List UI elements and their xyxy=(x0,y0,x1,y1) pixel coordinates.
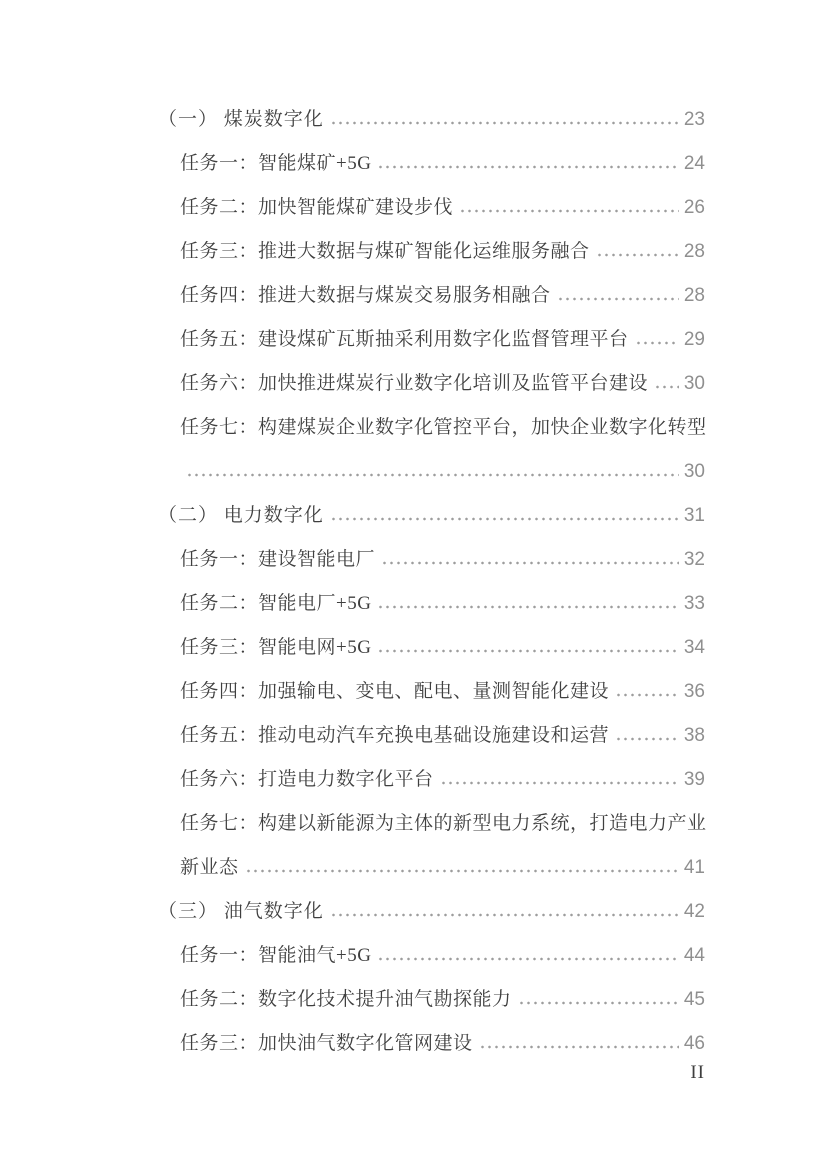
toc-entry[interactable]: 任务六：加快推进煤炭行业数字化培训及监管平台建设 30 xyxy=(158,362,705,406)
toc-leader-dots xyxy=(557,296,679,301)
toc-entry[interactable]: 任务五：建设煤矿瓦斯抽采利用数字化监督管理平台 29 xyxy=(158,318,705,362)
toc-leader-dots xyxy=(596,252,679,257)
toc-entry-label: 任务三：智能电网+5G xyxy=(180,626,371,670)
toc-page-number: 42 xyxy=(681,890,705,934)
toc-entry[interactable]: 任务七：构建煤炭企业数字化管控平台，加快企业数字化转型 xyxy=(158,406,705,450)
toc-leader-dots xyxy=(479,1044,679,1049)
toc-page-number: 24 xyxy=(681,142,705,186)
toc-page-number: 39 xyxy=(681,758,705,802)
toc-entry-label: （一） 煤炭数字化 xyxy=(158,98,324,142)
toc-leader-dots xyxy=(377,648,678,653)
toc-entry[interactable]: 任务三：推进大数据与煤矿智能化运维服务融合 28 xyxy=(158,230,705,274)
document-page: （一） 煤炭数字化 23 任务一：智能煤矿+5G 24 任务二：加快智能煤矿建设… xyxy=(0,0,826,1169)
toc-page-number: 29 xyxy=(681,318,705,362)
toc-entry-label: 任务一：智能煤矿+5G xyxy=(180,142,371,186)
toc-entry-label: 任务四：推进大数据与煤炭交易服务相融合 xyxy=(180,274,551,318)
toc-leader-dots xyxy=(381,560,679,565)
toc-page-number: 36 xyxy=(681,670,705,714)
toc-leader-dots xyxy=(377,604,678,609)
toc-page-number: 30 xyxy=(681,362,705,406)
toc-entry-label: 任务七：构建以新能源为主体的新型电力系统，打造电力产业 xyxy=(180,802,707,846)
toc-entry[interactable]: （一） 煤炭数字化 23 xyxy=(158,98,705,142)
toc-entry[interactable]: 任务二：数字化技术提升油气勘探能力 45 xyxy=(158,978,705,1022)
toc-entry-label: （三） 油气数字化 xyxy=(158,890,324,934)
toc-page-number: 38 xyxy=(681,714,705,758)
toc-leader-dots xyxy=(459,208,679,213)
toc-entry-label: 任务二：数字化技术提升油气勘探能力 xyxy=(180,978,512,1022)
toc-entry[interactable]: 任务二：加快智能煤矿建设步伐 26 xyxy=(158,186,705,230)
toc-page-number: 44 xyxy=(681,934,705,978)
toc-leader-dots xyxy=(615,692,679,697)
toc-entry-label: 任务五：推动电动汽车充换电基础设施建设和运营 xyxy=(180,714,609,758)
toc-entry[interactable]: 任务三：智能电网+5G 34 xyxy=(158,626,705,670)
toc-entry-label: （二） 电力数字化 xyxy=(158,494,324,538)
toc-page-number: 30 xyxy=(681,450,705,494)
toc-entry-label: 任务二：加快智能煤矿建设步伐 xyxy=(180,186,453,230)
toc-leader-dots xyxy=(615,736,679,741)
toc-entry[interactable]: 任务四：推进大数据与煤炭交易服务相融合 28 xyxy=(158,274,705,318)
toc-page-number: 34 xyxy=(681,626,705,670)
toc-entry[interactable]: 任务一：智能油气+5G 44 xyxy=(158,934,705,978)
toc-page-number: 33 xyxy=(681,582,705,626)
toc-page-number: 41 xyxy=(681,846,705,890)
toc-entry-label: 任务六：加快推进煤炭行业数字化培训及监管平台建设 xyxy=(180,362,648,406)
toc-entry[interactable]: 任务三：加快油气数字化管网建设 46 xyxy=(158,1022,705,1066)
toc-entry[interactable]: 任务二：智能电厂+5G 33 xyxy=(158,582,705,626)
toc-leader-dots xyxy=(377,164,678,169)
toc-entry-label: 任务一：建设智能电厂 xyxy=(180,538,375,582)
toc-page-number: 45 xyxy=(681,978,705,1022)
toc-entry[interactable]: 新业态 41 xyxy=(158,846,705,890)
toc-entry-label: 任务七：构建煤炭企业数字化管控平台，加快企业数字化转型 xyxy=(180,406,707,450)
toc-leader-dots xyxy=(377,956,678,961)
toc-entry-label: 任务四：加强输电、变电、配电、量测智能化建设 xyxy=(180,670,609,714)
toc-entry[interactable]: 任务一：建设智能电厂 32 xyxy=(158,538,705,582)
toc-entry[interactable]: 任务七：构建以新能源为主体的新型电力系统，打造电力产业 xyxy=(158,802,705,846)
toc-page-number: 31 xyxy=(681,494,705,538)
toc-page-number: 26 xyxy=(681,186,705,230)
toc-entry-label: 任务六：打造电力数字化平台 xyxy=(180,758,434,802)
toc-entry-label: 新业态 xyxy=(180,846,239,890)
toc-leader-dots xyxy=(186,472,679,477)
toc-leader-dots xyxy=(330,120,679,125)
table-of-contents: （一） 煤炭数字化 23 任务一：智能煤矿+5G 24 任务二：加快智能煤矿建设… xyxy=(158,98,705,1066)
toc-leader-dots xyxy=(518,1000,679,1005)
toc-leader-dots xyxy=(245,868,679,873)
toc-entry-label: 任务五：建设煤矿瓦斯抽采利用数字化监督管理平台 xyxy=(180,318,629,362)
toc-entry-label: 任务三：加快油气数字化管网建设 xyxy=(180,1022,473,1066)
toc-leader-dots xyxy=(440,780,679,785)
toc-entry[interactable]: （二） 电力数字化 31 xyxy=(158,494,705,538)
page-footer: II xyxy=(158,1062,705,1084)
footer-page-number: II xyxy=(690,1062,705,1083)
toc-entry[interactable]: （三） 油气数字化 42 xyxy=(158,890,705,934)
toc-entry-label: 任务三：推进大数据与煤矿智能化运维服务融合 xyxy=(180,230,590,274)
toc-page-number: 23 xyxy=(681,98,705,142)
toc-leader-dots xyxy=(330,912,679,917)
toc-entry[interactable]: 任务六：打造电力数字化平台 39 xyxy=(158,758,705,802)
toc-entry[interactable]: 任务一：智能煤矿+5G 24 xyxy=(158,142,705,186)
toc-entry[interactable]: 30 xyxy=(158,450,705,494)
toc-entry[interactable]: 任务五：推动电动汽车充换电基础设施建设和运营 38 xyxy=(158,714,705,758)
toc-leader-dots xyxy=(330,516,679,521)
toc-leader-dots xyxy=(654,384,679,389)
toc-entry-label: 任务一：智能油气+5G xyxy=(180,934,371,978)
toc-page-number: 32 xyxy=(681,538,705,582)
toc-page-number: 28 xyxy=(681,274,705,318)
toc-page-number: 46 xyxy=(681,1022,705,1066)
toc-entry-label: 任务二：智能电厂+5G xyxy=(180,582,371,626)
toc-leader-dots xyxy=(635,340,679,345)
toc-page-number: 28 xyxy=(681,230,705,274)
toc-entry[interactable]: 任务四：加强输电、变电、配电、量测智能化建设 36 xyxy=(158,670,705,714)
